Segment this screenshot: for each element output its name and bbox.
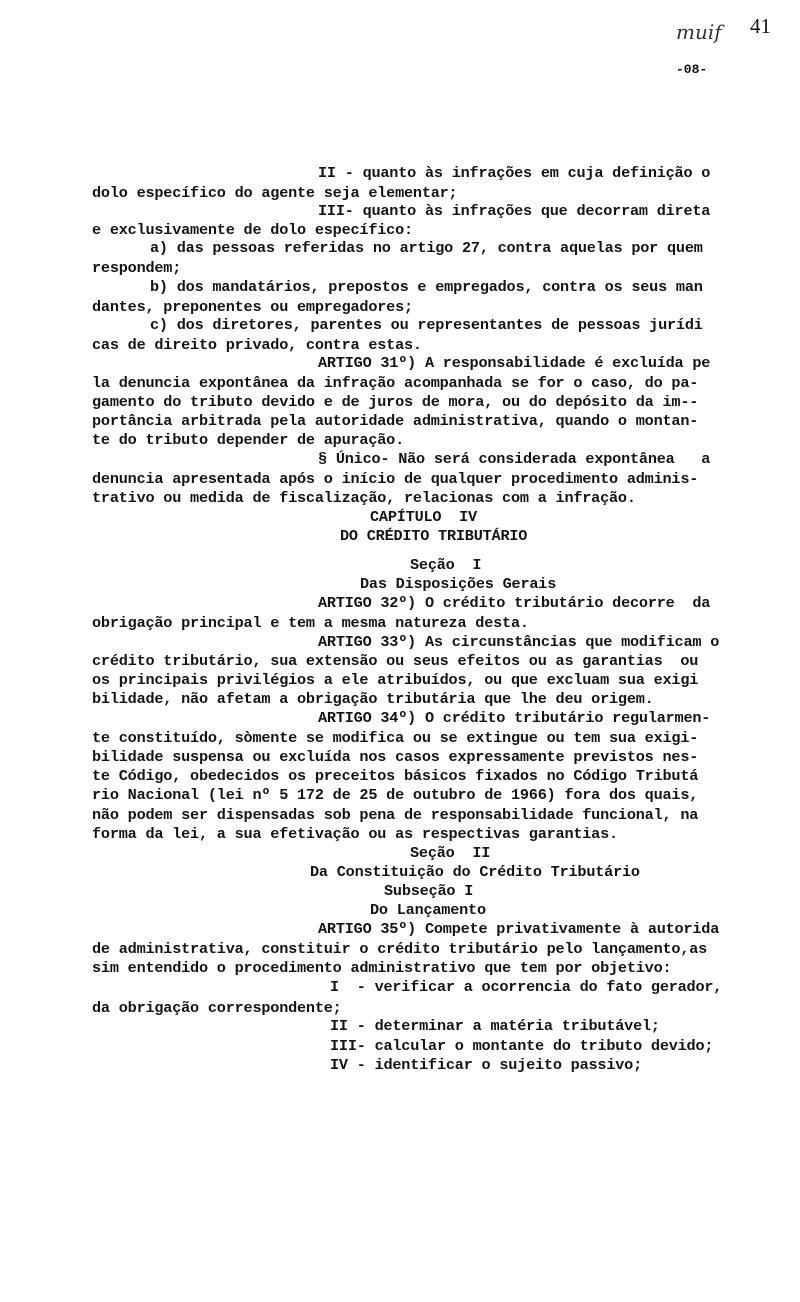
text-line: dantes, preponentes ou empregadores; [92, 297, 413, 317]
text-line: Seção II [410, 843, 490, 863]
text-line: te constituído, sòmente se modifica ou s… [92, 728, 698, 748]
text-line: forma da lei, a sua efetivação ou as res… [92, 824, 618, 844]
text-line: Seção I [410, 555, 481, 575]
document-page: muif 41 -08- II - quanto às infrações em… [0, 0, 800, 1302]
text-line: c) dos diretores, parentes ou representa… [150, 315, 703, 335]
text-line: e exclusivamente de dolo específico: [92, 220, 413, 240]
text-line: bilidade, não afetam a obrigação tributá… [92, 689, 654, 709]
text-line: I - verificar a ocorrencia do fato gerad… [330, 977, 722, 997]
text-line: Das Disposições Gerais [360, 574, 556, 594]
text-line: sim entendido o procedimento administrat… [92, 958, 671, 978]
text-line: II - determinar a matéria tributável; [330, 1016, 660, 1036]
text-line: III- calcular o montante do tributo devi… [330, 1036, 713, 1056]
text-line: cas de direito privado, contra estas. [92, 335, 422, 355]
text-line: a) das pessoas referidas no artigo 27, c… [150, 238, 703, 258]
text-line: IV - identificar o sujeito passivo; [330, 1055, 642, 1075]
text-line: denuncia apresentada após o início de qu… [92, 469, 698, 489]
text-line: obrigação principal e tem a mesma nature… [92, 613, 529, 633]
text-line: ARTIGO 35º) Compete privativamente à aut… [318, 919, 719, 939]
text-line: ARTIGO 33º) As circunstâncias que modifi… [318, 632, 719, 652]
page-number: -08- [676, 62, 707, 77]
text-line: II - quanto às infrações em cuja definiç… [318, 163, 710, 183]
text-line: portância arbitrada pela autoridade admi… [92, 411, 698, 431]
text-line: Subseção I [384, 881, 473, 901]
text-line: Do Lançamento [370, 900, 486, 920]
text-line: III- quanto às infrações que decorram di… [318, 201, 710, 221]
text-line: da obrigação correspondente; [92, 998, 342, 1018]
text-line: bilidade suspensa ou excluída nos casos … [92, 747, 698, 767]
text-line: ARTIGO 34º) O crédito tributário regular… [318, 708, 710, 728]
text-line: § Único- Não será considerada expontânea… [318, 449, 710, 469]
text-line: ARTIGO 32º) O crédito tributário decorre… [318, 593, 710, 613]
text-line: la denuncia expontânea da infração acomp… [92, 373, 698, 393]
text-line: de administrativa, constituir o crédito … [92, 939, 707, 959]
handwritten-signature: muif [676, 20, 722, 44]
text-line: respondem; [92, 258, 181, 278]
text-line: gamento do tributo devido e de juros de … [92, 392, 698, 412]
text-line: trativo ou medida de fiscalização, relac… [92, 488, 636, 508]
text-line: CAPÍTULO IV [370, 507, 477, 527]
text-line: dolo específico do agente seja elementar… [92, 183, 457, 203]
text-line: DO CRÉDITO TRIBUTÁRIO [340, 526, 527, 546]
text-line: ARTIGO 31º) A responsabilidade é excluíd… [318, 353, 710, 373]
text-line: crédito tributário, sua extensão ou seus… [92, 651, 698, 671]
text-line: te do tributo depender de apuração. [92, 430, 404, 450]
text-line: b) dos mandatários, prepostos e empregad… [150, 277, 703, 297]
text-line: Da Constituição do Crédito Tributário [310, 862, 640, 882]
folio-number: 41 [750, 14, 771, 39]
text-line: os principais privilégios a ele atribuíd… [92, 670, 698, 690]
text-line: não podem ser dispensadas sob pena de re… [92, 805, 698, 825]
text-line: te Código, obedecidos os preceitos básic… [92, 766, 698, 786]
text-line: rio Nacional (lei nº 5 172 de 25 de outu… [92, 785, 698, 805]
